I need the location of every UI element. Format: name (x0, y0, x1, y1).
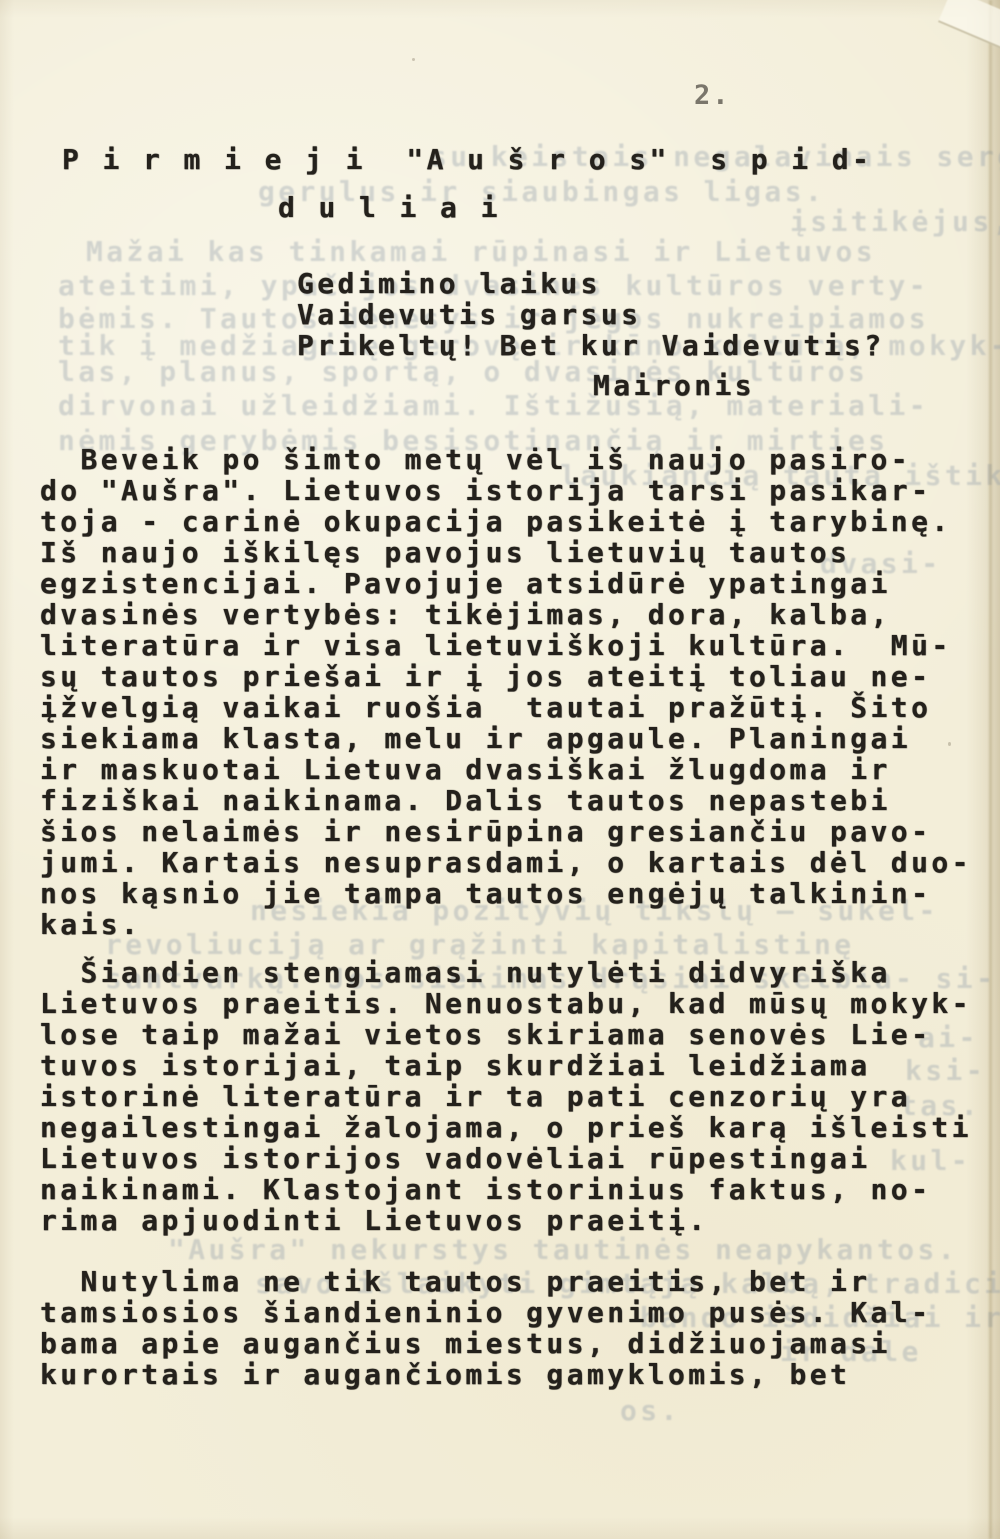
text-line: naikinami. Klastojant istorinius faktus,… (40, 1174, 972, 1205)
text-line: Beveik po šimto metų vėl iš naujo pasiro… (40, 444, 972, 475)
text-line: Lietuvos praeitis. Nenuostabu, kad mūsų … (40, 988, 972, 1019)
ghost-line: os. (620, 1395, 681, 1426)
text-line: Vaidevutis garsus (297, 299, 884, 330)
ghost-line: "Aušra" nekurstys tautinės neapykantos. (168, 1234, 958, 1265)
text-line: istorinė literatūra ir ta pati cenzorių … (40, 1081, 972, 1112)
paragraph: Šiandien stengiamasi nutylėti didvyriška… (40, 957, 972, 1236)
page-edge-shadow (989, 0, 992, 1539)
text-line: įžvelgią vaikai ruošia tautai pražūtį. Š… (40, 692, 972, 723)
text-line: nos kąsnio jie tampa tautos engėjų talki… (40, 878, 972, 909)
text-line: siekiama klasta, melu ir apgaule. Planin… (40, 723, 972, 754)
text-line: ir maskuotai Lietuva dvasiškai žlugdoma … (40, 754, 972, 785)
text-line: Iš naujo iškilęs pavojus lietuvių tautos (40, 537, 972, 568)
text-line: kais. (40, 909, 972, 940)
paragraph: Nutylima ne tik tautos praeitis, bet irt… (40, 1266, 931, 1390)
text-line: do "Aušra". Lietuvos istorija tarsi pasi… (40, 475, 972, 506)
text-line: šios nelaimės ir nesirūpina gresiančiu p… (40, 816, 972, 847)
ghost-line: dirvonai užleidžiami. Ištižusią, materia… (58, 390, 929, 421)
ghost-line: Mažai kas tinkamai rūpinasi ir Lietuvos (86, 236, 876, 267)
document-page: su keistais negalavimais serga,gerulus i… (0, 0, 1000, 1539)
ghost-line: įsitikėjus, (790, 206, 1000, 237)
text-line: sų tautos priešai ir į jos ateitį toliau… (40, 661, 972, 692)
text-line: toja - carinė okupacija pasikeitė į tary… (40, 506, 972, 537)
text-line: lose taip mažai vietos skiriama senovės … (40, 1019, 972, 1050)
text-line: tamsiosios šiandieninio gyvenimo pusės. … (40, 1297, 931, 1328)
document-title-line1: P i r m i e j i "A u š r o s" s p i d- (62, 144, 872, 175)
epigraph-author: Maironis (593, 370, 755, 401)
text-line: negailestingai žalojama, o prieš karą iš… (40, 1112, 972, 1143)
text-line: tuvos istorijai, taip skurdžiai leidžiam… (40, 1050, 972, 1081)
text-line: fiziškai naikinama. Dalis tautos nepaste… (40, 785, 972, 816)
text-line: Nutylima ne tik tautos praeitis, bet ir (40, 1266, 931, 1297)
text-line: bama apie augančius miestus, didžiuojama… (40, 1328, 931, 1359)
text-line: jumi. Kartais nesuprasdami, o kartais dė… (40, 847, 972, 878)
paper-speck (412, 58, 415, 61)
document-title-line2: d u l i a i (278, 192, 501, 223)
text-line: Prikeltų! Bet kur Vaidevutis? (297, 330, 884, 361)
epigraph: Gedimino laikusVaidevutis garsusPrikeltų… (297, 268, 884, 361)
text-line: literatūra ir visa lietuviškoji kultūra.… (40, 630, 972, 661)
text-line: Lietuvos istorijos vadovėliai rūpestinga… (40, 1143, 972, 1174)
text-line: rima apjuodinti Lietuvos praeitį. (40, 1205, 972, 1236)
text-line: dvasinės vertybės: tikėjimas, dora, kalb… (40, 599, 972, 630)
paragraph: Beveik po šimto metų vėl iš naujo pasiro… (40, 444, 972, 940)
text-line: kurortais ir augančiomis gamyklomis, bet (40, 1359, 931, 1390)
text-line: Gedimino laikus (297, 268, 884, 299)
text-line: Šiandien stengiamasi nutylėti didvyriška (40, 957, 972, 988)
text-line: egzistencijai. Pavojuje atsidūrė ypating… (40, 568, 972, 599)
page-number: 2. (694, 80, 731, 111)
